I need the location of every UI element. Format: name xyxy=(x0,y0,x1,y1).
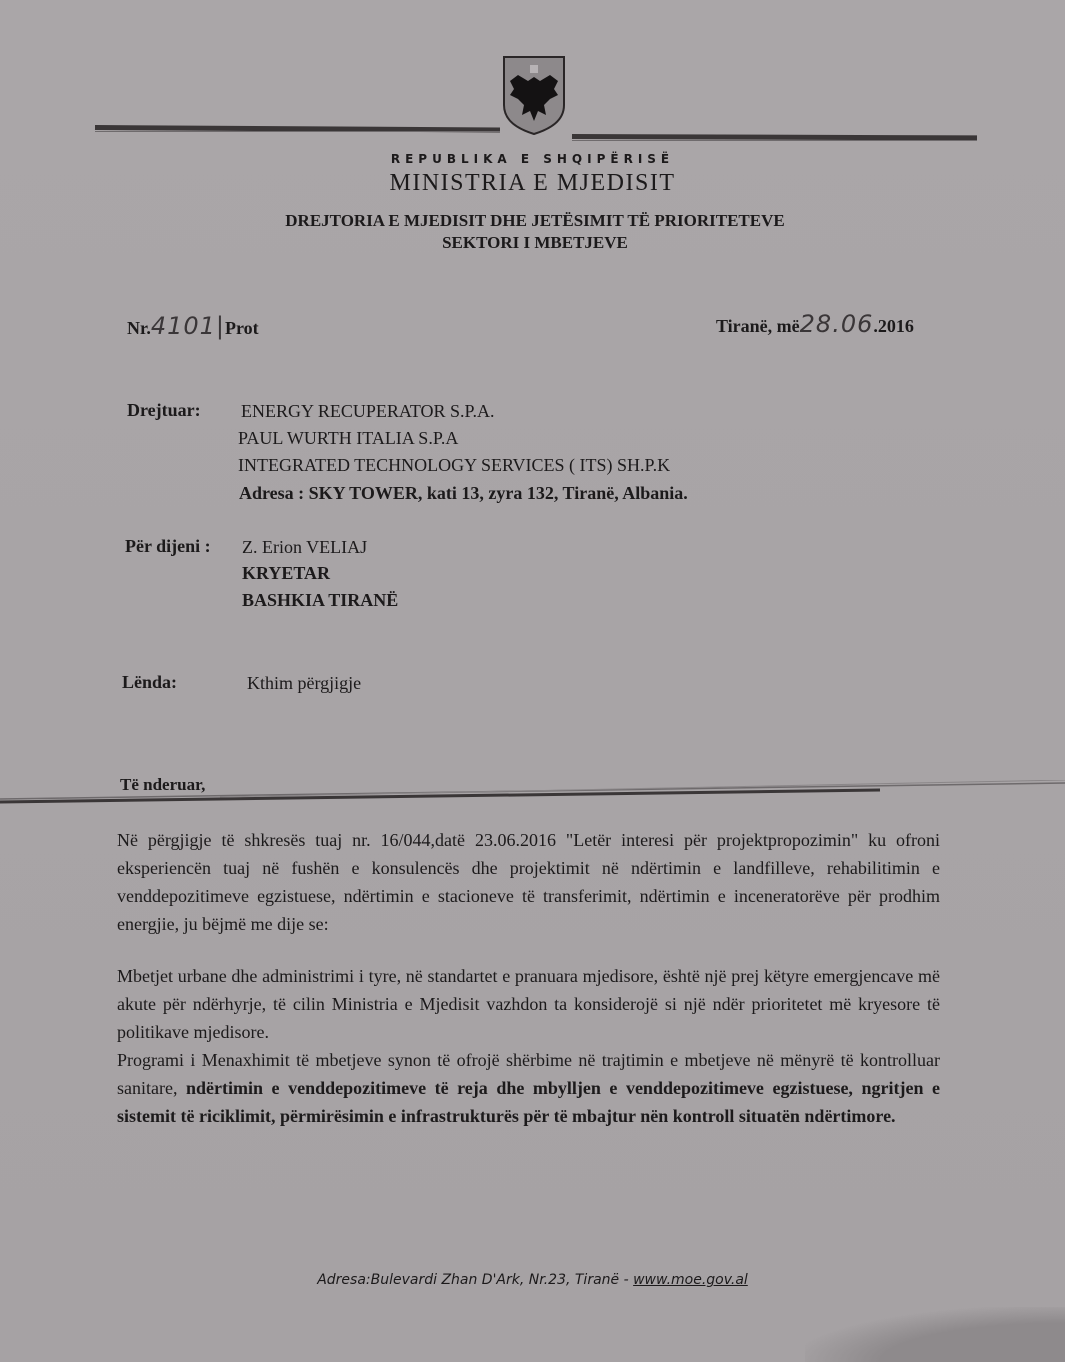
cc-title: KRYETAR xyxy=(242,563,330,584)
subject-value: Kthim përgjigje xyxy=(247,673,361,694)
footer: Adresa:Bulevardi Zhan D'Ark, Nr.23, Tira… xyxy=(0,1272,1065,1288)
cc-name: Z. Erion VELIAJ xyxy=(242,537,367,558)
protocol-prefix: Nr. xyxy=(127,318,151,338)
body-paragraph-3: Programi i Menaxhimit të mbetjeve synon … xyxy=(117,1046,940,1130)
date-prefix: Tiranë, më xyxy=(716,316,800,336)
letter-date: Tiranë, më28.06.2016 xyxy=(716,310,914,338)
addressee-label: Drejtuar: xyxy=(127,400,201,421)
ministry-heading: MINISTRIA E MJEDISIT xyxy=(0,170,1065,197)
date-handwritten: 28.06 xyxy=(800,310,874,338)
header-rule-right-thin xyxy=(572,140,977,141)
footer-website-link[interactable]: www.moe.gov.al xyxy=(633,1272,748,1288)
albanian-eagle-emblem-icon xyxy=(500,55,568,135)
paragraph-3-bold: ndërtimin e venddepozitimeve të reja dhe… xyxy=(117,1078,940,1126)
subject-label: Lënda: xyxy=(122,672,177,693)
footer-address: Adresa:Bulevardi Zhan D'Ark, Nr.23, Tira… xyxy=(317,1272,633,1288)
page-shadow xyxy=(805,1307,1065,1362)
protocol-number: Nr.4101|Prot xyxy=(127,312,259,340)
cc-label: Për dijeni : xyxy=(125,536,211,557)
protocol-suffix: Prot xyxy=(225,318,259,338)
directorate-heading: DREJTORIA E MJEDISIT DHE JETËSIMIT TË PR… xyxy=(0,210,1065,254)
cc-org: BASHKIA TIRANË xyxy=(242,590,398,611)
directorate-name: DREJTORIA E MJEDISIT DHE JETËSIMIT TË PR… xyxy=(0,210,1065,232)
protocol-slash: | xyxy=(216,312,225,340)
addressee-line: ENERGY RECUPERATOR S.P.A. xyxy=(241,401,495,422)
body-paragraph-1: Në përgjigje të shkresës tuaj nr. 16/044… xyxy=(117,826,940,938)
body-paragraph-2: Mbetjet urbane dhe administrimi i tyre, … xyxy=(117,962,940,1046)
header-rule-left-thin xyxy=(95,131,500,132)
addressee-address: Adresa : SKY TOWER, kati 13, zyra 132, T… xyxy=(239,483,688,504)
date-year: .2016 xyxy=(873,316,914,336)
protocol-handwritten-number: 4101 xyxy=(151,312,216,340)
addressee-line: PAUL WURTH ITALIA S.P.A xyxy=(238,428,458,449)
addressee-line: INTEGRATED TECHNOLOGY SERVICES ( ITS) SH… xyxy=(238,455,670,476)
republic-heading: REPUBLIKA E SHQIPËRISË xyxy=(0,152,1065,166)
sector-name: SEKTORI I MBETJEVE xyxy=(0,232,1065,254)
page-fold-line xyxy=(0,780,1065,804)
